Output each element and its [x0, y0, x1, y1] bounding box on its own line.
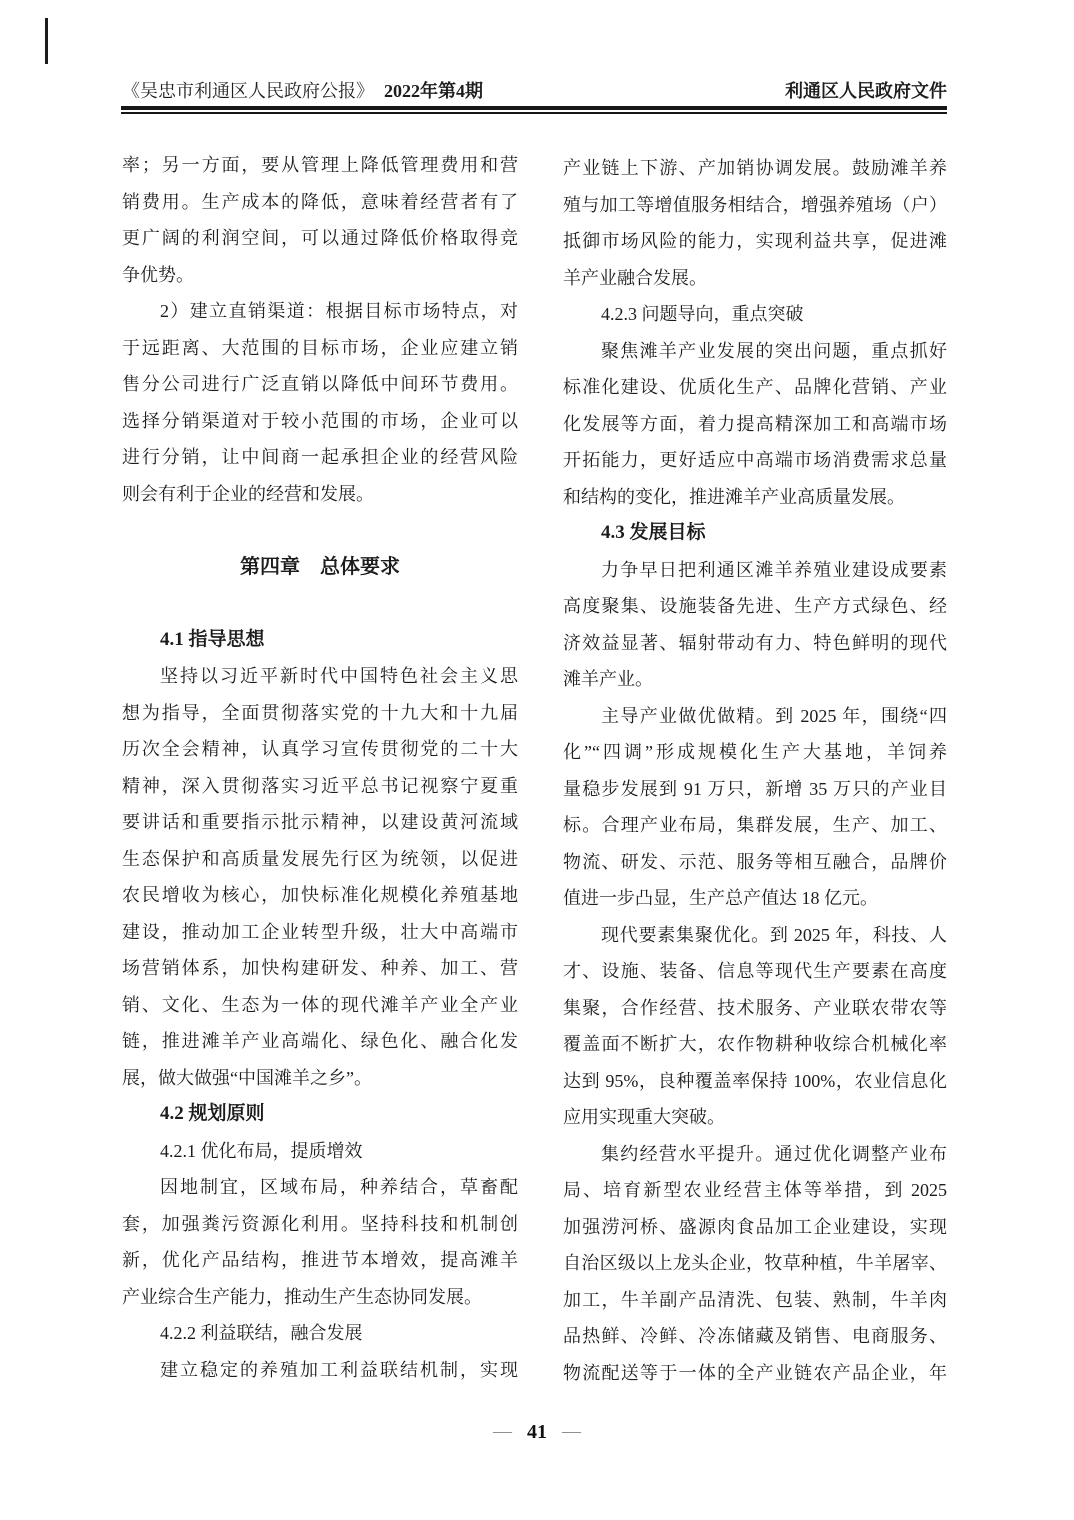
text-line: 展，做大做强“中国滩羊之乡”。: [122, 1060, 518, 1097]
text-line: 率；另一方面，要从管理上降低管理费用和营: [122, 147, 518, 184]
text-line: 羊产业融合发展。: [563, 260, 947, 297]
paragraph-start-line: 2）建立直销渠道：根据目标市场特点，对: [122, 293, 518, 330]
text-line: 济效益显著、辐射带动有力、特色鲜明的现代: [563, 625, 947, 662]
paragraph-start-line: 因地制宜，区域布局，种养结合，草畜配: [122, 1169, 518, 1206]
gazette-title-block: 《吴忠市利通区人民政府公报》2022年第4期: [122, 78, 483, 106]
section-heading: 4.1 指导思想: [122, 622, 518, 659]
text-line: 于远距离、大范围的目标市场，企业应建立销: [122, 330, 518, 367]
footer-dash-right: —: [562, 1417, 581, 1447]
text-line: 更广阔的利润空间，可以通过降低价格取得竞: [122, 220, 518, 257]
paragraph-start-line: 集约经营水平提升。通过优化调整产业布: [563, 1136, 947, 1173]
scan-edge-mark: [45, 18, 48, 64]
text-line: 高度聚集、设施装备先进、生产方式绿色、经: [563, 588, 947, 625]
text-line: 农民增收为核心，加快标准化规模化养殖基地: [122, 877, 518, 914]
text-line: 滩羊产业。: [563, 661, 947, 698]
text-line: 进行分销，让中间商一起承担企业的经营风险: [122, 439, 518, 476]
page-footer: — 41 —: [0, 1417, 1074, 1447]
text-line: 值进一步凸显，生产总产值达 18 亿元。: [563, 880, 947, 917]
text-line: 物流、研发、示范、服务等相互融合，品牌价: [563, 844, 947, 881]
section-heading: 4.2 规划原则: [122, 1096, 518, 1133]
text-line: 化发展等方面，着力提高精深加工和高端市场: [563, 406, 947, 443]
text-line: 集聚，合作经营、技术服务、产业联农带农等: [563, 990, 947, 1027]
text-line: 覆盖面不断扩大，农作物耕种收综合机械化率: [563, 1026, 947, 1063]
text-line: 销费用。生产成本的降低，意味着经营者有了: [122, 184, 518, 221]
text-line: 加强涝河桥、盛源肉食品加工企业建设，实现: [563, 1209, 947, 1246]
text-line: 自治区级以上龙头企业，牧草种植，牛羊屠宰、: [563, 1245, 947, 1282]
text-line: 标。合理产业布局，集群发展，生产、加工、: [563, 807, 947, 844]
text-line: 销、文化、生态为一体的现代滩羊产业全产业: [122, 987, 518, 1024]
paragraph-start-line: 聚焦滩羊产业发展的突出问题，重点抓好: [563, 333, 947, 370]
text-line: 建设，推动加工企业转型升级，壮大中高端市: [122, 914, 518, 951]
text-line: 标准化建设、优质化生产、品牌化营销、产业: [563, 369, 947, 406]
subsection-heading: 4.2.1 优化布局，提质增效: [122, 1133, 518, 1170]
line-spacer: [122, 512, 518, 549]
text-line: 和结构的变化，推进滩羊产业高质量发展。: [563, 479, 947, 516]
header-divider: [121, 106, 947, 114]
page-number: 41: [527, 1417, 547, 1447]
text-line: 殖与加工等增值服务相结合，增强养殖场（户）: [563, 187, 947, 224]
gazette-page: 《吴忠市利通区人民政府公报》2022年第4期 利通区人民政府文件 率；另一方面，…: [0, 0, 1074, 1520]
text-line: 才、设施、装备、信息等现代生产要素在高度: [563, 953, 947, 990]
paragraph-start-line: 建立稳定的养殖加工利益联结机制，实现: [122, 1352, 518, 1389]
text-line: 开拓能力，更好适应中高端市场消费需求总量: [563, 442, 947, 479]
section-heading: 4.3 发展目标: [563, 515, 947, 552]
text-line: 产业综合生产能力，推动生产生态协同发展。: [122, 1279, 518, 1316]
gazette-issue: 2022年第4期: [384, 81, 483, 101]
text-line: 套，加强粪污资源化利用。坚持科技和机制创: [122, 1206, 518, 1243]
text-line: 量稳步发展到 91 万只，新增 35 万只的产业目: [563, 771, 947, 808]
line-spacer: [122, 585, 518, 622]
paragraph-start-line: 力争早日把利通区滩羊养殖业建设成要素: [563, 552, 947, 589]
text-line: 则会有利于企业的经营和发展。: [122, 476, 518, 513]
paragraph-start-line: 坚持以习近平新时代中国特色社会主义思: [122, 658, 518, 695]
left-column: 率；另一方面，要从管理上降低管理费用和营销费用。生产成本的降低，意味着经营者有了…: [122, 147, 518, 1388]
chapter-heading: 第四章 总体要求: [122, 549, 518, 586]
text-line: 历次全会精神，认真学习宣传贯彻党的二十大: [122, 731, 518, 768]
subsection-heading: 4.2.3 问题导向，重点突破: [563, 296, 947, 333]
text-line: 新，优化产品结构，推进节本增效，提高滩羊: [122, 1242, 518, 1279]
text-line: 物流配送等于一体的全产业链农产品企业，年: [563, 1355, 947, 1392]
subsection-heading: 4.2.2 利益联结，融合发展: [122, 1315, 518, 1352]
text-line: 场营销体系，加快构建研发、种养、加工、营: [122, 950, 518, 987]
text-line: 售分公司进行广泛直销以降低中间环节费用。: [122, 366, 518, 403]
page-header: 《吴忠市利通区人民政府公报》2022年第4期 利通区人民政府文件: [122, 78, 947, 106]
paragraph-start-line: 主导产业做优做精。到 2025 年，围绕“四: [563, 698, 947, 735]
text-line: 品热鲜、冷鲜、冷冻储藏及销售、电商服务、: [563, 1318, 947, 1355]
text-line: 应用实现重大突破。: [563, 1099, 947, 1136]
text-line: 局、培育新型农业经营主体等举措，到 2025 年，: [563, 1172, 947, 1209]
text-line: 达到 95%，良种覆盖率保持 100%，农业信息化: [563, 1063, 947, 1100]
text-line: 化”“四调”形成规模化生产大基地，羊饲养: [563, 734, 947, 771]
gazette-title: 《吴忠市利通区人民政府公报》: [122, 81, 374, 101]
text-line: 想为指导，全面贯彻落实党的十九大和十九届: [122, 695, 518, 732]
paragraph-start-line: 现代要素集聚优化。到 2025 年，科技、人: [563, 917, 947, 954]
text-line: 加工，牛羊副产品清洗、包装、熟制，牛羊肉: [563, 1282, 947, 1319]
footer-dash-left: —: [493, 1417, 512, 1447]
text-line: 产业链上下游、产加销协调发展。鼓励滩羊养: [563, 150, 947, 187]
right-column: 产业链上下游、产加销协调发展。鼓励滩羊养殖与加工等增值服务相结合，增强养殖场（户…: [563, 150, 947, 1391]
text-line: 选择分销渠道对于较小范围的市场，企业可以: [122, 403, 518, 440]
text-line: 抵御市场风险的能力，实现利益共享，促进滩: [563, 223, 947, 260]
doc-type-label: 利通区人民政府文件: [785, 78, 947, 104]
text-line: 精神，深入贯彻落实习近平总书记视察宁夏重: [122, 768, 518, 805]
text-line: 链，推进滩羊产业高端化、绿色化、融合化发: [122, 1023, 518, 1060]
text-line: 生态保护和高质量发展先行区为统领，以促进: [122, 841, 518, 878]
text-line: 要讲话和重要指示批示精神，以建设黄河流域: [122, 804, 518, 841]
text-line: 争优势。: [122, 257, 518, 294]
